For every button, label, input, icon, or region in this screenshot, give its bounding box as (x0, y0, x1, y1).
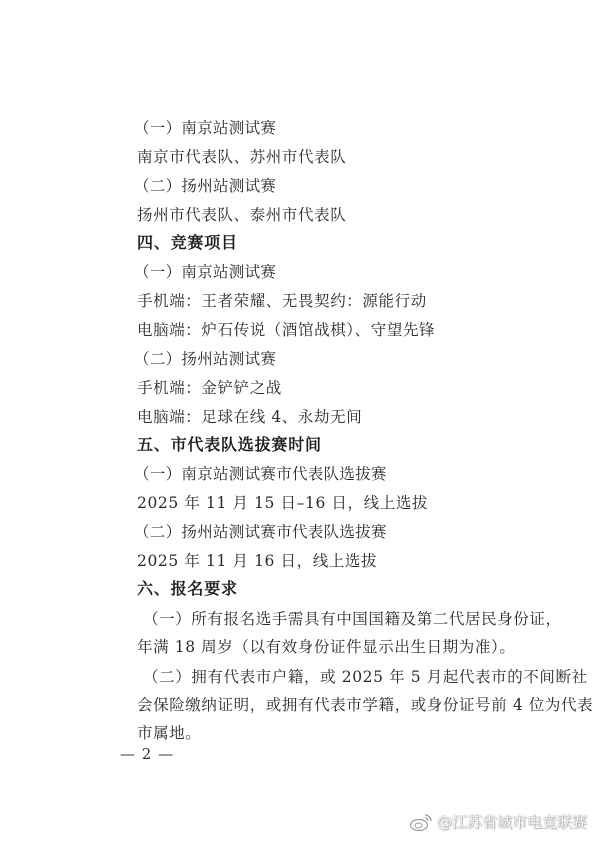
section-heading-registration: 六、报名要求 (137, 579, 238, 599)
requirement-2-line-2: 会保险缴纳证明，或拥有代表市学籍，或身份证号前 4 位为代表 (137, 695, 593, 715)
teams-yangzhou: 扬州市代表队、泰州市代表队 (137, 205, 346, 225)
section-heading-events: 四、竞赛项目 (137, 233, 238, 253)
yangzhou-mobile-games: 手机端：金铲铲之战 (137, 378, 282, 398)
teams-nanjing: 南京市代表队、苏州市代表队 (137, 147, 346, 167)
requirement-1-line-1: （一）所有报名选手需具有中国国籍及第二代居民身份证， (143, 609, 562, 629)
nanjing-pc-games: 电脑端：炉石传说（酒馆战棋）、守望先锋 (137, 320, 435, 340)
subheading-nanjing-test: （一）南京站测试赛 (134, 118, 276, 138)
subheading-yangzhou-test: （二）扬州站测试赛 (134, 176, 276, 196)
subheading-yangzhou-selection: （二）扬州站测试赛市代表队选拔赛 (134, 522, 387, 542)
yangzhou-selection-date: 2025 年 11 月 16 日，线上选拔 (137, 551, 377, 571)
section-heading-selection-time: 五、市代表队选拔赛时间 (137, 435, 322, 455)
weibo-watermark: @江苏省城市电竞联赛 (409, 811, 587, 832)
yangzhou-pc-games: 电脑端：足球在线 4、永劫无间 (137, 407, 362, 427)
subheading-nanjing-selection: （一）南京站测试赛市代表队选拔赛 (134, 464, 387, 484)
subheading-nanjing-events: （一）南京站测试赛 (134, 262, 276, 282)
weibo-icon (409, 812, 433, 832)
nanjing-mobile-games: 手机端：王者荣耀、无畏契约：源能行动 (137, 291, 427, 311)
subheading-yangzhou-events: （二）扬州站测试赛 (134, 349, 276, 369)
nanjing-selection-date: 2025 年 11 月 15 日–16 日，线上选拔 (137, 493, 428, 513)
requirement-2-line-1: （二）拥有代表市户籍，或 2025 年 5 月起代表市的不间断社 (143, 667, 588, 687)
watermark-text: @江苏省城市电竞联赛 (437, 811, 587, 832)
requirement-1-line-2: 年满 18 周岁（以有效身份证件显示出生日期为准）。 (137, 637, 515, 657)
requirement-2-line-3: 市属地。 (137, 723, 201, 743)
page-number: — 2 — (120, 744, 174, 764)
document-page: （一）南京站测试赛 南京市代表队、苏州市代表队 （二）扬州站测试赛 扬州市代表队… (0, 0, 595, 842)
